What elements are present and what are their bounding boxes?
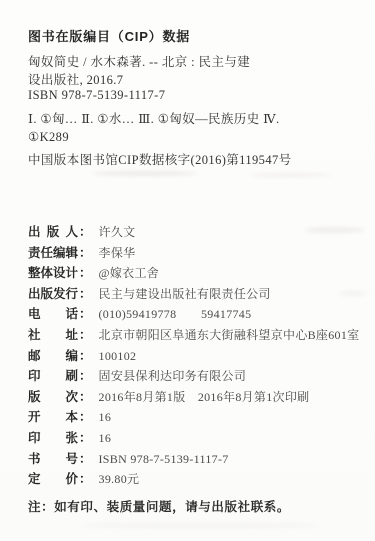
row-address: 社址： 北京市朝阳区阜通东大街融科望京中心B座601室: [28, 325, 358, 346]
row-book-number: 书号： ISBN 978-7-5139-1117-7: [28, 449, 358, 470]
quality-note: 注：如有印、装质量问题，请与出版社联系。: [28, 497, 290, 515]
row-label: 印张: [28, 428, 78, 446]
row-format: 开本： 16: [28, 407, 358, 428]
row-sheets: 印张： 16: [28, 428, 358, 449]
colon: ：: [79, 304, 92, 322]
row-value: ISBN 978-7-5139-1117-7: [99, 452, 229, 467]
row-price: 定价： 39.80元: [28, 469, 358, 490]
row-value: @嫁衣工舍: [99, 264, 160, 281]
row-value: 2016年8月第1版 2016年8月第1次印刷: [99, 388, 310, 405]
row-value: 16: [99, 410, 112, 425]
row-label: 版次: [28, 387, 78, 405]
row-value: 许久文: [99, 223, 136, 240]
row-edition: 版次： 2016年8月第1版 2016年8月第1次印刷: [28, 387, 358, 408]
row-value: 100102: [99, 349, 137, 364]
colophon: 出版人： 许久文 责任编辑： 李保华 整体设计： @嫁衣工舍 出版发行： 民主与…: [28, 222, 358, 490]
colon: ：: [79, 263, 92, 281]
colon: ：: [79, 469, 92, 487]
colon: ：: [79, 387, 92, 405]
row-printer: 印刷： 固安县保利达印务有限公司: [28, 366, 358, 387]
colon: ：: [79, 243, 92, 261]
row-label: 定价: [28, 469, 78, 487]
cip-line-classification: Ⅰ. ①匈… Ⅱ. ①水… Ⅲ. ①匈奴—民族历史 Ⅳ.: [28, 109, 280, 127]
scan-smudge: [80, 523, 320, 528]
row-label: 责任编辑: [28, 243, 78, 261]
row-label: 印刷: [28, 366, 78, 384]
scan-smudge: [248, 173, 333, 177]
row-value: 16: [99, 431, 112, 446]
cip-title: 图书在版编目（CIP）数据: [28, 26, 190, 45]
row-label: 书号: [28, 449, 78, 467]
row-label: 社址: [28, 325, 78, 343]
row-value: 固安县保利达印务有限公司: [99, 367, 247, 384]
row-value: (010)59419778 59417745: [99, 305, 252, 322]
row-label: 出版人: [28, 222, 78, 240]
cip-line-isbn: ISBN 978-7-5139-1117-7: [28, 88, 165, 103]
colon: ：: [79, 366, 92, 384]
colon: ：: [79, 407, 92, 425]
book-copyright-page: 图书在版编目（CIP）数据 匈奴简史 / 水木森著. -- 北京 : 民主与建 …: [0, 0, 375, 541]
row-publisher-person: 出版人： 许久文: [28, 222, 358, 243]
row-value: 北京市朝阳区阜通东大街融科望京中心B座601室: [99, 326, 360, 343]
row-telephone: 电话： (010)59419778 59417745: [28, 304, 358, 325]
row-overall-design: 整体设计： @嫁衣工舍: [28, 263, 358, 284]
cip-verification-number: 中国版本图书馆CIP数据核字(2016)第119547号: [28, 150, 292, 168]
row-label: 开本: [28, 407, 78, 425]
row-label: 出版发行: [28, 284, 78, 302]
scan-smudge: [92, 171, 197, 176]
colon: ：: [79, 222, 92, 240]
cip-line-class-code: ①K289: [28, 129, 69, 145]
colon: ：: [79, 325, 92, 343]
row-responsible-editor: 责任编辑： 李保华: [28, 243, 358, 264]
cip-line-publisher-year: 设出版社, 2016.7: [28, 70, 123, 88]
row-postcode: 邮编： 100102: [28, 346, 358, 367]
row-label: 电话: [28, 304, 78, 322]
row-value: 39.80元: [99, 470, 140, 487]
colon: ：: [79, 346, 92, 364]
colon: ：: [79, 284, 92, 302]
row-publisher: 出版发行： 民主与建设出版社有限责任公司: [28, 284, 358, 305]
colon: ：: [79, 428, 92, 446]
row-label: 邮编: [28, 346, 78, 364]
colon: ：: [79, 449, 92, 467]
row-value: 李保华: [99, 244, 136, 261]
row-value: 民主与建设出版社有限责任公司: [99, 285, 271, 302]
cip-line-book-info: 匈奴简史 / 水木森著. -- 北京 : 民主与建: [28, 52, 250, 70]
row-label: 整体设计: [28, 263, 78, 281]
